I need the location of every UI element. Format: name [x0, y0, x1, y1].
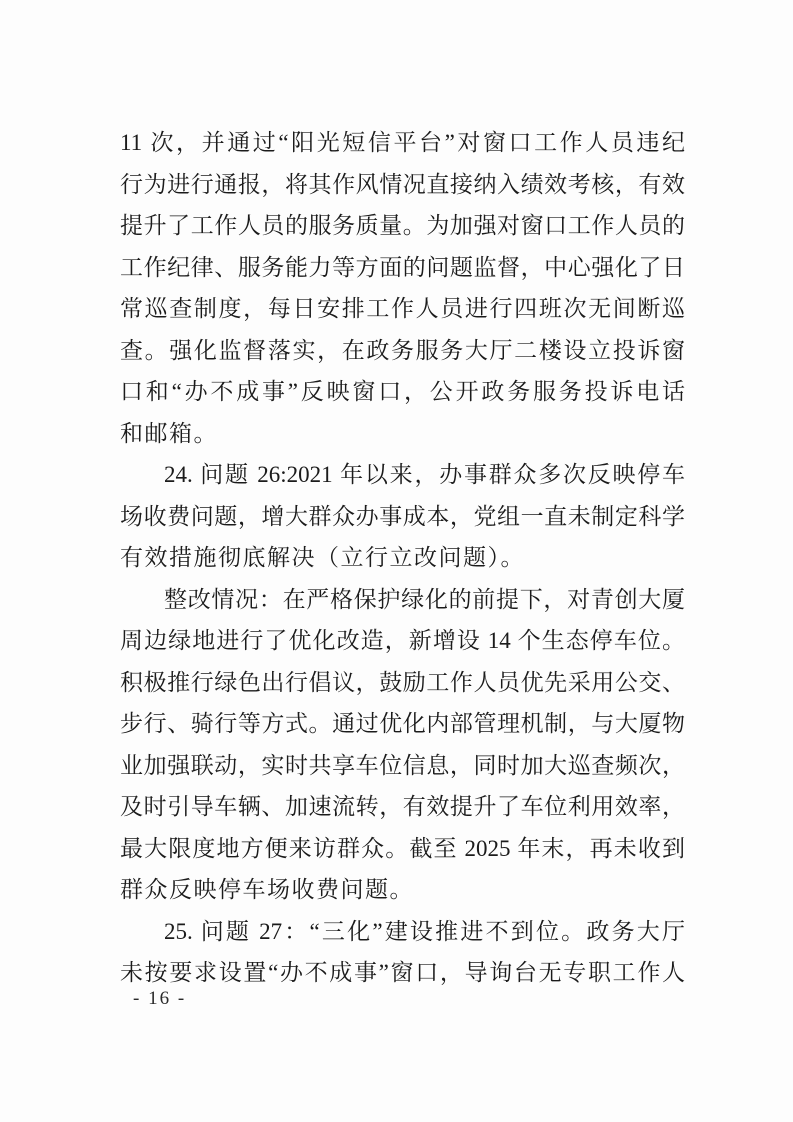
- text-line: 业加强联动，实时共享车位信息，同时加大巡查频次，: [120, 745, 685, 787]
- text-line: 25. 问题 27：“三化”建设推进不到位。政务大厅: [120, 911, 685, 953]
- text-line: 常巡查制度，每日安排工作人员进行四班次无间断巡: [120, 288, 685, 330]
- document-page: 11 次，并通过“阳光短信平台”对窗口工作人员违纪 行为进行通报，将其作风情况直…: [0, 0, 793, 1122]
- text-line: 查。强化监督落实，在政务服务大厅二楼设立投诉窗: [120, 330, 685, 372]
- text-line: 24. 问题 26:2021 年以来，办事群众多次反映停车: [120, 454, 685, 496]
- text-line: 行为进行通报，将其作风情况直接纳入绩效考核，有效: [120, 164, 685, 206]
- text-line: 群众反映停车场收费问题。: [120, 869, 685, 911]
- text-line: 步行、骑行等方式。通过优化内部管理机制，与大厦物: [120, 703, 685, 745]
- text-line: 周边绿地进行了优化改造，新增设 14 个生态停车位。: [120, 620, 685, 662]
- text-line: 场收费问题，增大群众办事成本，党组一直未制定科学: [120, 496, 685, 538]
- text-line: 未按要求设置“办不成事”窗口，导询台无专职工作人: [120, 952, 685, 994]
- text-line: 提升了工作人员的服务质量。为加强对窗口工作人员的: [120, 205, 685, 247]
- page-number: - 16 -: [133, 988, 186, 1010]
- text-line: 口和“办不成事”反映窗口，公开政务服务投诉电话: [120, 371, 685, 413]
- text-line: 及时引导车辆、加速流转，有效提升了车位利用效率，: [120, 786, 685, 828]
- text-line: 整改情况：在严格保护绿化的前提下，对青创大厦: [120, 579, 685, 621]
- text-line: 工作纪律、服务能力等方面的问题监督，中心强化了日: [120, 247, 685, 289]
- text-line: 和邮箱。: [120, 413, 685, 455]
- text-line: 有效措施彻底解决（立行立改问题）。: [120, 537, 685, 579]
- text-line: 11 次，并通过“阳光短信平台”对窗口工作人员违纪: [120, 122, 685, 164]
- document-body: 11 次，并通过“阳光短信平台”对窗口工作人员违纪 行为进行通报，将其作风情况直…: [120, 122, 685, 994]
- text-line: 最大限度地方便来访群众。截至 2025 年末，再未收到: [120, 828, 685, 870]
- paragraph-rectification: 整改情况：在严格保护绿化的前提下，对青创大厦 周边绿地进行了优化改造，新增设 1…: [120, 579, 685, 911]
- text-line: 积极推行绿色出行倡议，鼓励工作人员优先采用公交、: [120, 662, 685, 704]
- paragraph-continuation: 11 次，并通过“阳光短信平台”对窗口工作人员违纪 行为进行通报，将其作风情况直…: [120, 122, 685, 454]
- paragraph-item-24: 24. 问题 26:2021 年以来，办事群众多次反映停车 场收费问题，增大群众…: [120, 454, 685, 579]
- paragraph-item-25: 25. 问题 27：“三化”建设推进不到位。政务大厅 未按要求设置“办不成事”窗…: [120, 911, 685, 994]
